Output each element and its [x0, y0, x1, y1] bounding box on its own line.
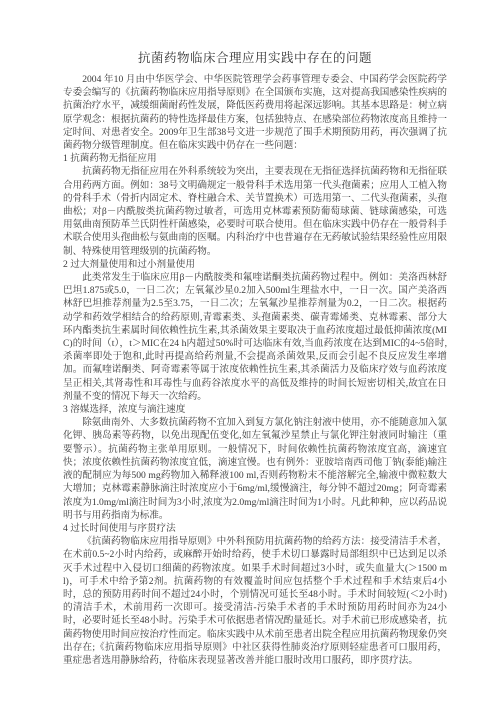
- section-heading: 4 过长时间使用与序贯疗法: [63, 522, 447, 535]
- document-page: 抗菌药物临床合理应用实践中存在的问题 2004 年10 月由中华医学会、中华医院…: [0, 0, 496, 702]
- document-title: 抗菌药物临床合理应用实践中存在的问题: [63, 48, 447, 66]
- section-heading: 2 过大剂量使用和过小剂量使用: [63, 258, 447, 271]
- section-heading: 3 溶媒选择，浓度与滴注速度: [63, 403, 447, 416]
- body-paragraph: 除氨曲南外、大多数抗菌药物不宜加入到复方氯化钠注射液中使用，亦不能随意加入氯化钾…: [63, 416, 447, 522]
- body-paragraph: 2004 年10 月由中华医学会、中华医院管理学会药事管理专委会、中国药学会医院…: [63, 73, 447, 152]
- body-paragraph: 《抗菌药物临床应用指导原则》中外科预防用抗菌药物的给药方法：接受清洁手术者，在术…: [63, 535, 447, 667]
- document-body: 2004 年10 月由中华医学会、中华医院管理学会药事管理专委会、中国药学会医院…: [63, 73, 447, 667]
- body-paragraph: 此类常发生于临床应用β－内酰胺类和氟喹诺酮类抗菌药物过程中。例如：美洛西林舒巴坦…: [63, 271, 447, 403]
- section-heading: 1 抗菌药物无指征应用: [63, 152, 447, 165]
- body-paragraph: 抗菌药物无指征应用在外科系统较为突出，主要表现在无指征选择抗菌药物和无指征联合用…: [63, 165, 447, 257]
